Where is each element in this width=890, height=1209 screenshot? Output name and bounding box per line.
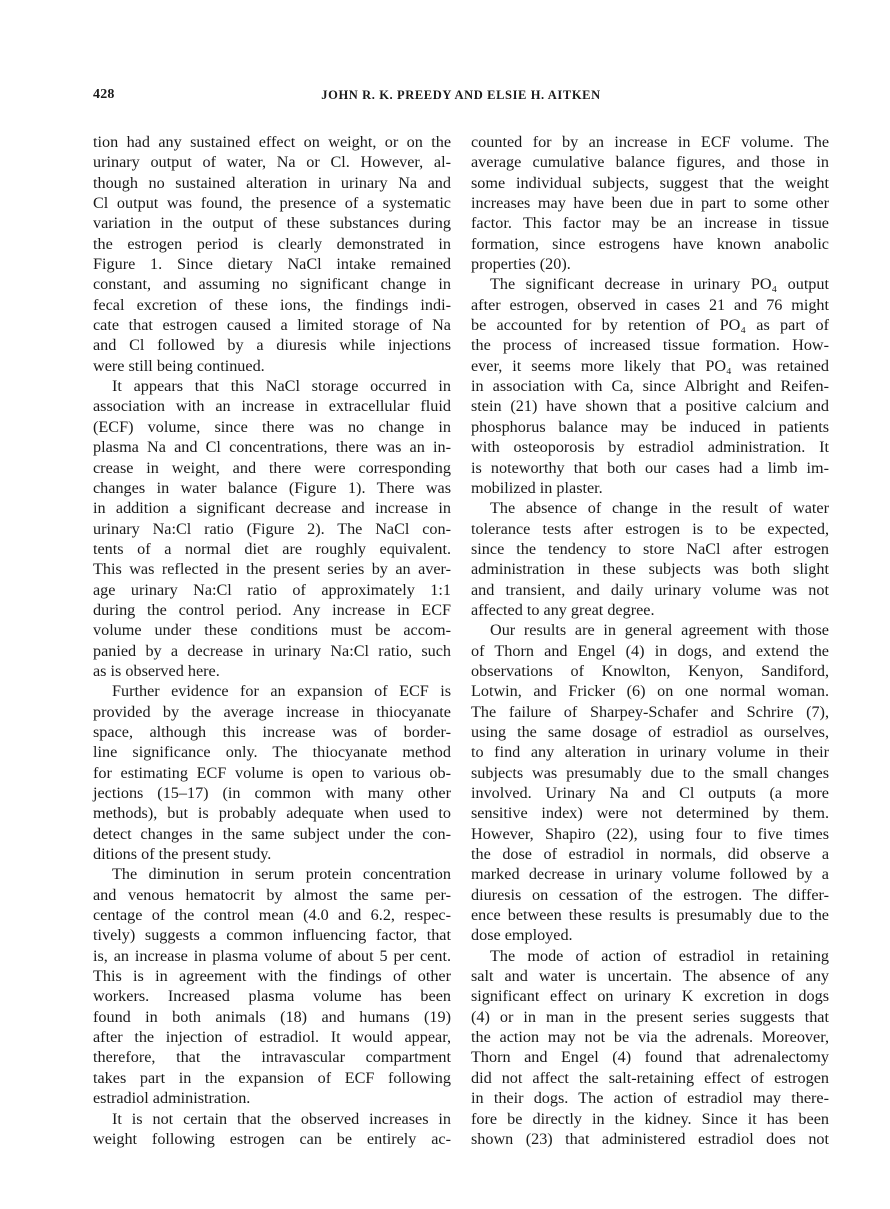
text-line: did not affect the salt-retaining effect… [471, 1068, 829, 1088]
text-line: stein (21) have shown that a positive ca… [471, 396, 829, 416]
running-head-authors: JOHN R. K. PREEDY AND ELSIE H. AITKEN [93, 88, 829, 103]
text-line: estradiol administration. [93, 1088, 451, 1108]
text-line: counted for by an increase in ECF volume… [471, 132, 829, 152]
text-line: Figure 1. Since dietary NaCl intake rema… [93, 254, 451, 274]
paragraph: The absence of change in the result of w… [471, 498, 829, 620]
text-line: However, Shapiro (22), using four to fiv… [471, 824, 829, 844]
text-line: provided by the average increase in thio… [93, 702, 451, 722]
text-line: observations of Knowlton, Kenyon, Sandif… [471, 661, 829, 681]
text-line: after estrogen, observed in cases 21 and… [471, 295, 829, 315]
text-line: increases may have been due in part to s… [471, 193, 829, 213]
text-line: sensitive index) were not determined by … [471, 803, 829, 823]
text-line: dose employed. [471, 925, 829, 945]
text-line: line significance only. The thiocyanate … [93, 742, 451, 762]
text-line: changes in water balance (Figure 1). The… [93, 478, 451, 498]
text-line: The failure of Sharpey-Schafer and Schri… [471, 702, 829, 722]
text-line: affected to any great degree. [471, 600, 829, 620]
text-line: tolerance tests after estrogen is to be … [471, 519, 829, 539]
text-line: urinary output of water, Na or Cl. Howev… [93, 152, 451, 172]
text-line: administration in these subjects was bot… [471, 559, 829, 579]
text-line: The significant decrease in urinary PO₄ … [471, 274, 829, 294]
text-line: is, an increase in plasma volume of abou… [93, 946, 451, 966]
text-line: since the tendency to store NaCl after e… [471, 539, 829, 559]
text-line: and transient, and daily urinary volume … [471, 580, 829, 600]
text-line: (ECF) volume, since there was no change … [93, 417, 451, 437]
text-line: The absence of change in the result of w… [471, 498, 829, 518]
page-header: 428 JOHN R. K. PREEDY AND ELSIE H. AITKE… [93, 87, 829, 107]
journal-page: 428 JOHN R. K. PREEDY AND ELSIE H. AITKE… [0, 0, 890, 1209]
text-line: space, although this increase was of bor… [93, 722, 451, 742]
text-line: This is in agreement with the findings o… [93, 966, 451, 986]
text-line: is noteworthy that both our cases had a … [471, 458, 829, 478]
paragraph: It appears that this NaCl storage occurr… [93, 376, 451, 681]
text-line: found in both animals (18) and humans (1… [93, 1007, 451, 1027]
text-line: panied by a decrease in urinary Na:Cl ra… [93, 641, 451, 661]
text-line: jections (15–17) (in common with many ot… [93, 783, 451, 803]
text-line: weight following estrogen can be entirel… [93, 1129, 451, 1149]
paragraph: The diminution in serum protein concentr… [93, 864, 451, 1108]
text-line: age urinary Na:Cl ratio of approximately… [93, 580, 451, 600]
text-line: fore be directly in the kidney. Since it… [471, 1109, 829, 1129]
text-line: fecal excretion of these ions, the findi… [93, 295, 451, 315]
paragraph: The significant decrease in urinary PO₄ … [471, 274, 829, 498]
text-line: ence between these results is presumably… [471, 905, 829, 925]
text-line: the action may not be via the adrenals. … [471, 1027, 829, 1047]
text-line: formation, since estrogens have known an… [471, 234, 829, 254]
text-line: The diminution in serum protein concentr… [93, 864, 451, 884]
text-line: were still being continued. [93, 356, 451, 376]
text-line: Our results are in general agreement wit… [471, 620, 829, 640]
text-line: and Cl followed by a diuresis while inje… [93, 335, 451, 355]
text-line: during the control period. Any increase … [93, 600, 451, 620]
text-line: significant effect on urinary K excretio… [471, 986, 829, 1006]
text-line: therefore, that the intravascular compar… [93, 1047, 451, 1067]
text-line: be accounted for by retention of PO₄ as … [471, 315, 829, 335]
text-line: (4) or in man in the present series sugg… [471, 1007, 829, 1027]
text-line: though no sustained alteration in urinar… [93, 173, 451, 193]
text-line: after the injection of estradiol. It wou… [93, 1027, 451, 1047]
paragraph: The mode of action of estradiol in retai… [471, 946, 829, 1149]
right-column: counted for by an increase in ECF volume… [471, 132, 829, 1149]
text-line: ditions of the present study. [93, 844, 451, 864]
text-line: to find any alteration in urinary volume… [471, 742, 829, 762]
text-line: in addition a significant decrease and i… [93, 498, 451, 518]
text-line: Further evidence for an expansion of ECF… [93, 681, 451, 701]
text-line: It appears that this NaCl storage occurr… [93, 376, 451, 396]
text-line: Lotwin, and Fricker (6) on one normal wo… [471, 681, 829, 701]
text-line: with osteoporosis by estradiol administr… [471, 437, 829, 457]
text-line: tively) suggests a common influencing fa… [93, 925, 451, 945]
text-line: of Thorn and Engel (4) in dogs, and exte… [471, 641, 829, 661]
left-column: tion had any sustained effect on weight,… [93, 132, 451, 1149]
text-line: centage of the control mean (4.0 and 6.2… [93, 905, 451, 925]
text-line: shown (23) that administered estradiol d… [471, 1129, 829, 1149]
text-line: volume under these conditions must be ac… [93, 620, 451, 640]
text-line: diuresis on cessation of the estrogen. T… [471, 885, 829, 905]
paragraph: tion had any sustained effect on weight,… [93, 132, 451, 376]
text-line: urinary Na:Cl ratio (Figure 2). The NaCl… [93, 519, 451, 539]
text-line: tion had any sustained effect on weight,… [93, 132, 451, 152]
text-line: involved. Urinary Na and Cl outputs (a m… [471, 783, 829, 803]
paragraph: counted for by an increase in ECF volume… [471, 132, 829, 274]
text-line: the dose of estradiol in normals, did ob… [471, 844, 829, 864]
text-line: association with an increase in extracel… [93, 396, 451, 416]
text-line: for estimating ECF volume is open to var… [93, 763, 451, 783]
text-line: in their dogs. The action of estradiol m… [471, 1088, 829, 1108]
text-line: detect changes in the same subject under… [93, 824, 451, 844]
text-line: constant, and assuming no significant ch… [93, 274, 451, 294]
text-line: This was reflected in the present series… [93, 559, 451, 579]
text-line: crease in weight, and there were corresp… [93, 458, 451, 478]
text-line: ever, it seems more likely that PO₄ was … [471, 356, 829, 376]
text-line: plasma Na and Cl concentrations, there w… [93, 437, 451, 457]
text-line: The mode of action of estradiol in retai… [471, 946, 829, 966]
text-line: and venous hematocrit by almost the same… [93, 885, 451, 905]
text-line: It is not certain that the observed incr… [93, 1109, 451, 1129]
text-line: phosphorus balance may be induced in pat… [471, 417, 829, 437]
text-line: factor. This factor may be an increase i… [471, 213, 829, 233]
text-line: in association with Ca, since Albright a… [471, 376, 829, 396]
text-line: workers. Increased plasma volume has bee… [93, 986, 451, 1006]
text-line: methods), but is probably adequate when … [93, 803, 451, 823]
text-line: some individual subjects, suggest that t… [471, 173, 829, 193]
paragraph: It is not certain that the observed incr… [93, 1109, 451, 1150]
text-line: the estrogen period is clearly demonstra… [93, 234, 451, 254]
text-line: mobilized in plaster. [471, 478, 829, 498]
text-line: takes part in the expansion of ECF follo… [93, 1068, 451, 1088]
text-line: Thorn and Engel (4) found that adrenalec… [471, 1047, 829, 1067]
text-line: salt and water is uncertain. The absence… [471, 966, 829, 986]
paragraph: Our results are in general agreement wit… [471, 620, 829, 946]
text-line: variation in the output of these substan… [93, 213, 451, 233]
paragraph: Further evidence for an expansion of ECF… [93, 681, 451, 864]
text-line: average cumulative balance figures, and … [471, 152, 829, 172]
text-line: as is observed here. [93, 661, 451, 681]
text-line: Cl output was found, the presence of a s… [93, 193, 451, 213]
text-line: marked decrease in urinary volume follow… [471, 864, 829, 884]
text-line: cate that estrogen caused a limited stor… [93, 315, 451, 335]
text-line: tents of a normal diet are roughly equiv… [93, 539, 451, 559]
text-line: using the same dosage of estradiol as ou… [471, 722, 829, 742]
text-line: properties (20). [471, 254, 829, 274]
text-line: subjects was presumably due to the small… [471, 763, 829, 783]
text-line: the process of increased tissue formatio… [471, 335, 829, 355]
